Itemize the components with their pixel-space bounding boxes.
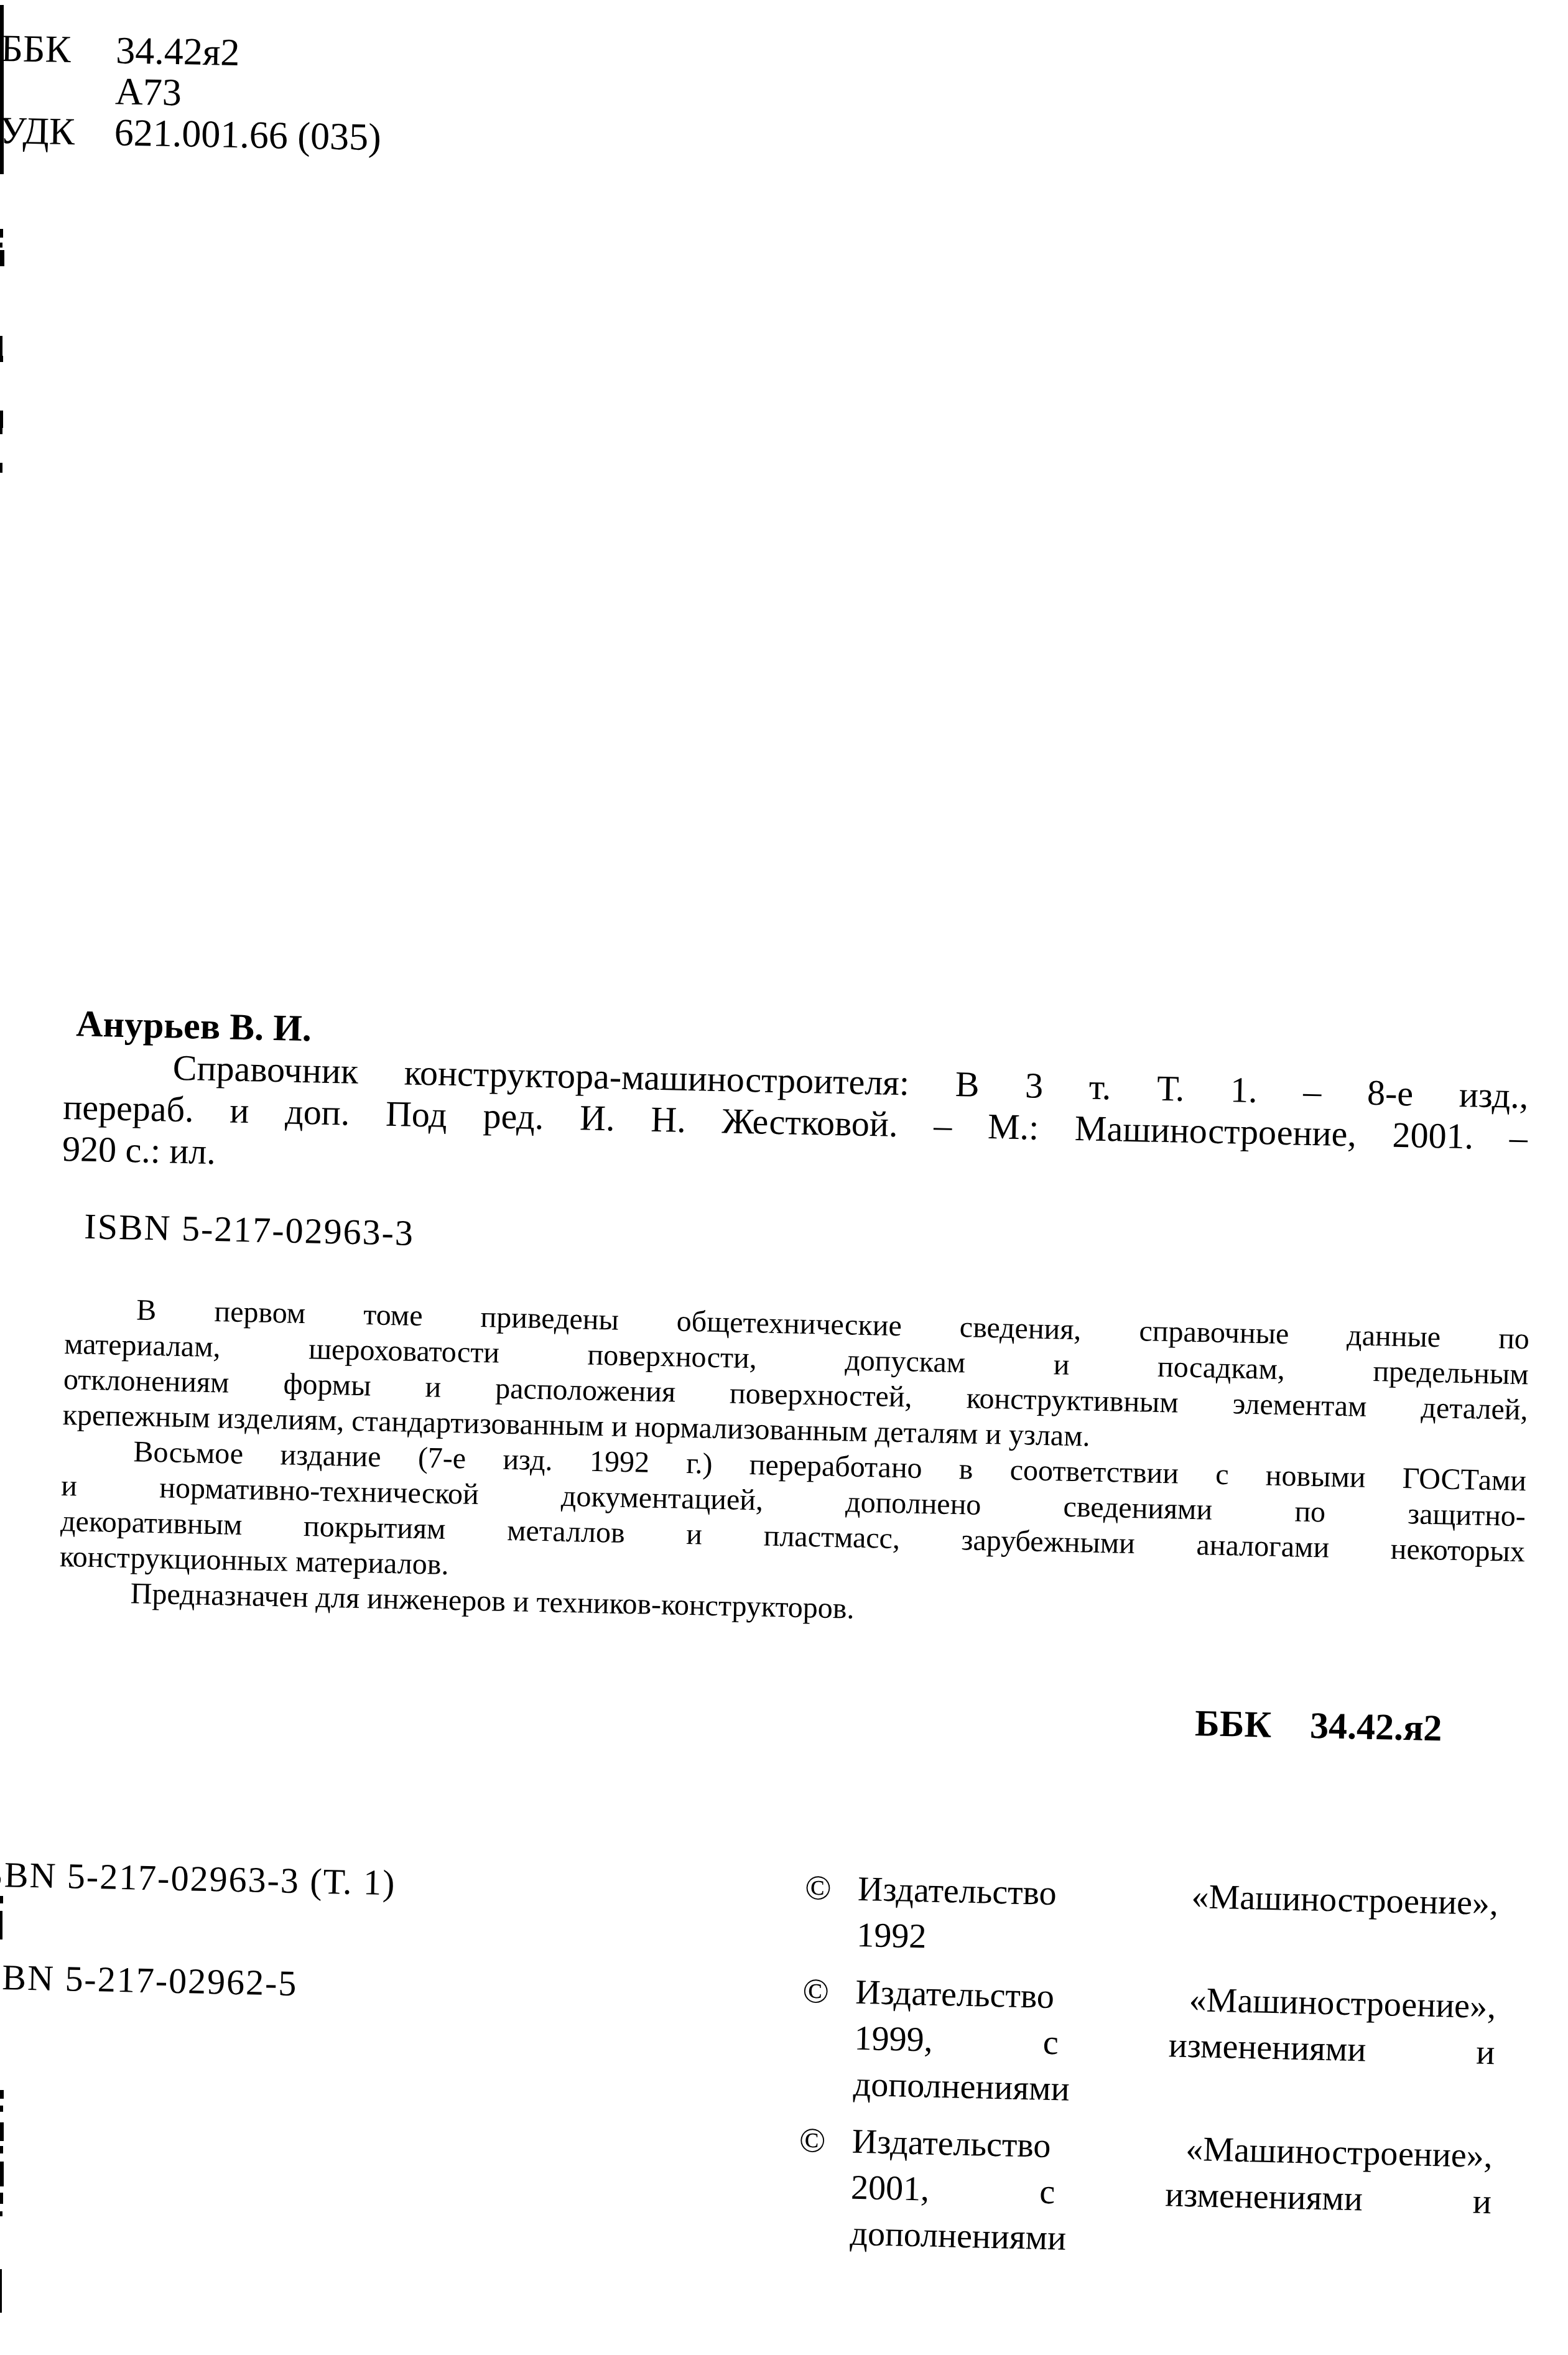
author-sign-value: А73 — [115, 70, 182, 114]
scan-artifact — [0, 2211, 2, 2216]
copyright-entry-2001: © Издательство «Машиностроение», 2001, с… — [797, 2117, 1493, 2271]
copyright-icon: © — [802, 1968, 838, 2015]
annotation-block: В первом томе приведены общетехнические … — [58, 1291, 1529, 1640]
scan-artifact — [0, 229, 3, 238]
bibliographic-citation: Анурьев В. И. Справочник конструктора-ма… — [60, 1003, 1530, 1277]
scan-artifact — [0, 250, 4, 266]
scan-artifact — [0, 2162, 4, 2186]
scan-artifact — [0, 356, 3, 362]
isbn-volume: ISBN 5-217-02963-3 (Т. 1) — [0, 1856, 396, 1902]
bbk-footer-value: 34.42.я2 — [1309, 1705, 1442, 1749]
bbk-value: 34.42я2 — [116, 29, 240, 74]
scan-artifact — [0, 2193, 3, 2204]
scan-artifact — [0, 411, 3, 428]
isbn-number: ISBN 5-217-02963-3 — [60, 1205, 1526, 1277]
bbk-footer-code: ББК34.42.я2 — [1195, 1702, 1443, 1750]
bbk-footer-label: ББК — [1195, 1702, 1272, 1745]
udk-code-row: УДК621.001.66 (035) — [0, 110, 381, 158]
udk-value: 621.001.66 (035) — [114, 111, 381, 159]
scan-artifact — [0, 2146, 3, 2153]
isbn-set: ISBN 5-217-02962-5 — [0, 1958, 394, 2004]
copyright-entry-1992: © Издательство «Машиностроение», 1992 — [804, 1865, 1499, 1972]
copyright-text: Издательство «Машиностроение», 2001, с и… — [850, 2119, 1493, 2271]
scan-artifact — [0, 463, 2, 473]
scan-artifact — [0, 2106, 3, 2112]
copyright-icon: © — [799, 2117, 835, 2164]
scan-artifact — [0, 428, 2, 434]
scan-artifact — [0, 2122, 4, 2141]
copyright-text: Издательство «Машиностроение», 1992 — [856, 1866, 1499, 1972]
scan-artifact — [0, 243, 2, 248]
bottom-isbn-block: ISBN 5-217-02963-3 (Т. 1) ISBN 5-217-029… — [0, 1856, 396, 2004]
bbk-label: ББК — [1, 28, 116, 71]
scan-artifact — [0, 336, 2, 358]
udk-label: УДК — [0, 110, 115, 153]
spacer — [1271, 1737, 1310, 1738]
copyright-column: © Издательство «Машиностроение», 1992 © … — [796, 1865, 1498, 2282]
scan-artifact — [0, 2269, 2, 2313]
scan-artifact — [0, 2090, 4, 2099]
cataloging-codes-block: ББК34.42я2 А73 УДК621.001.66 (035) — [0, 28, 383, 158]
author-sign-row: А73 — [0, 69, 382, 117]
copyright-icon: © — [804, 1865, 840, 1911]
copyright-entry-1999: © Издательство «Машиностроение», 1999, с… — [800, 1968, 1496, 2122]
copyright-text: Издательство «Машиностроение», 1999, с и… — [853, 1969, 1496, 2122]
author-sign-label — [0, 102, 115, 104]
bbk-code-row: ББК34.42я2 — [1, 28, 383, 76]
